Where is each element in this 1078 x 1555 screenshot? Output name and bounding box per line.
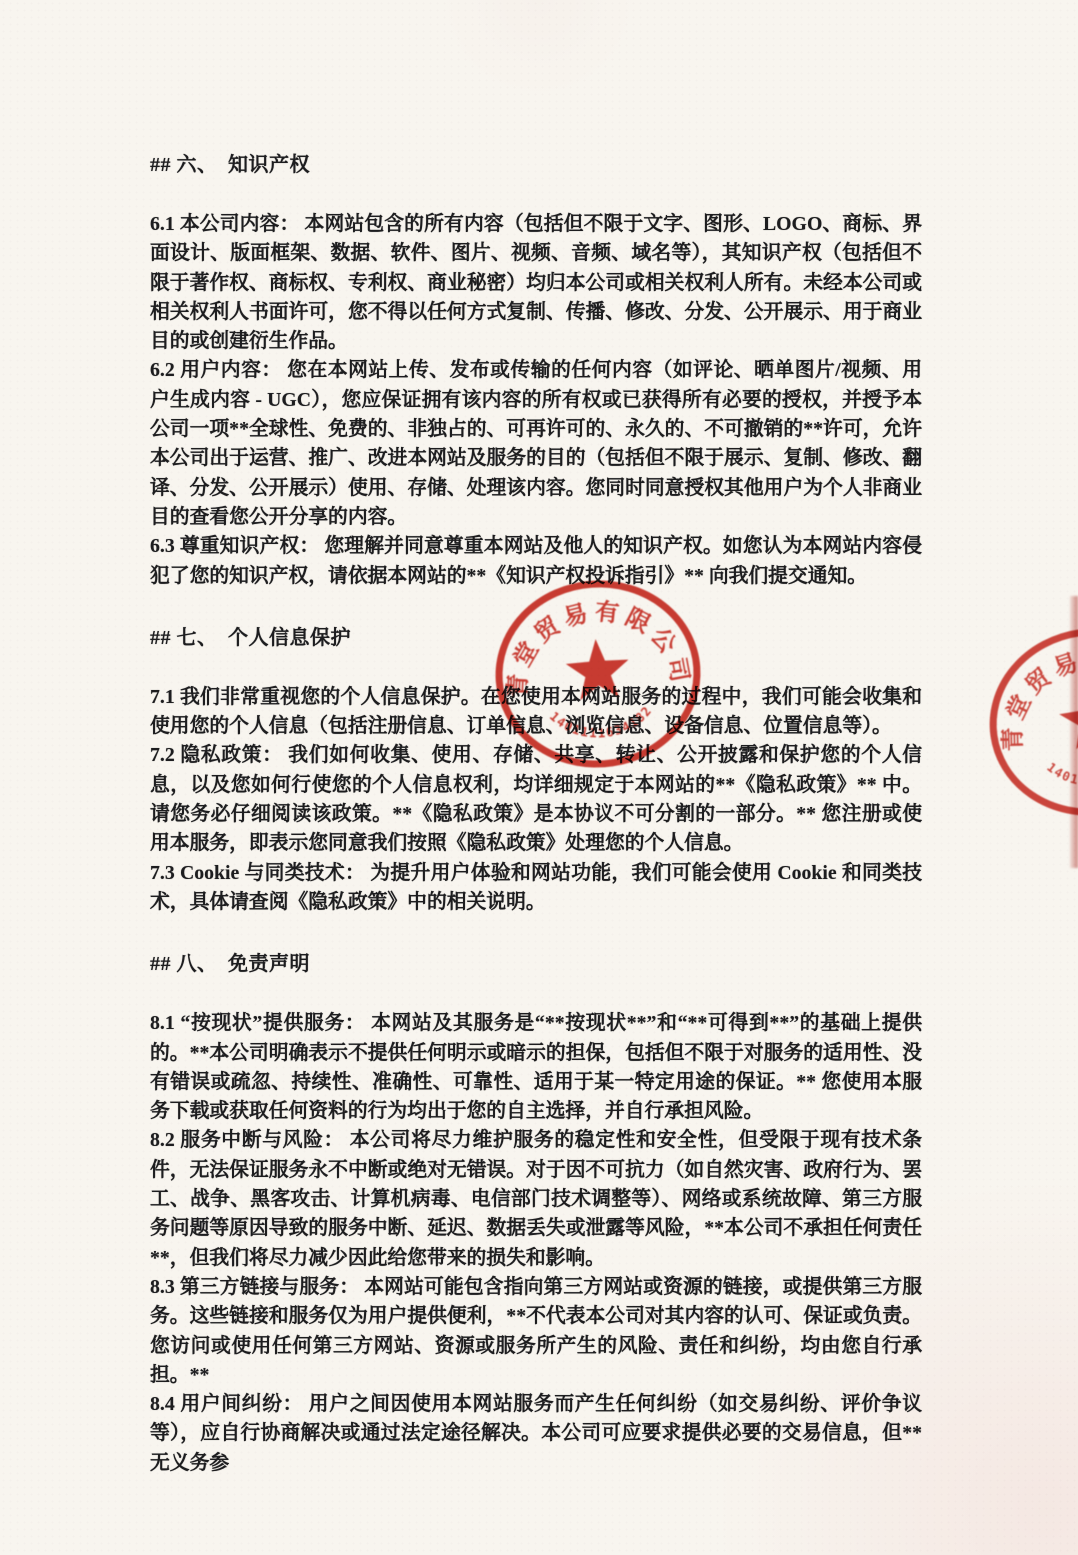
paragraph: 7.3 Cookie 与同类技术： 为提升用户体验和网站功能，我们可能会使用 C…	[150, 859, 922, 918]
section-disclaimer: ## 八、 免责声明 8.1 “按现状”提供服务： 本网站及其服务是“**按现状…	[150, 949, 922, 1478]
section-heading: ## 八、 免责声明	[150, 949, 922, 979]
paragraph: 6.2 用户内容： 您在本网站上传、发布或传输的任何内容（如评论、晒单图片/视频…	[150, 356, 922, 532]
paragraph: 8.1 “按现状”提供服务： 本网站及其服务是“**按现状**”和“**可得到*…	[150, 1009, 922, 1126]
paragraph: 6.3 尊重知识产权： 您理解并同意尊重本网站及他人的知识产权。如您认为本网站内…	[150, 532, 922, 591]
edge-seal-stamp: 青堂贸易有限公司 1401111634182	[973, 610, 1078, 834]
paragraph: 8.2 服务中断与风险： 本公司将尽力维护服务的稳定性和安全性，但受限于现有技术…	[150, 1126, 922, 1272]
document-body: ## 六、 知识产权 6.1 本公司内容： 本网站包含的所有内容（包括但不限于文…	[150, 150, 922, 1478]
paragraph: 8.3 第三方链接与服务： 本网站可能包含指向第三方网站或资源的链接，或提供第三…	[150, 1273, 922, 1390]
seal-star-icon	[1056, 683, 1078, 751]
section-personal-information: ## 七、 个人信息保护 7.1 我们非常重视您的个人信息保护。在您使用本网站服…	[150, 623, 922, 917]
section-intellectual-property: ## 六、 知识产权 6.1 本公司内容： 本网站包含的所有内容（包括但不限于文…	[150, 150, 922, 591]
paragraph: 6.1 本公司内容： 本网站包含的所有内容（包括但不限于文字、图形、LOGO、商…	[150, 210, 922, 356]
section-heading: ## 七、 个人信息保护	[150, 623, 922, 653]
paragraph: 7.1 我们非常重视您的个人信息保护。在您使用本网站服务的过程中，我们可能会收集…	[150, 683, 922, 742]
scan-edge-artifact	[1070, 596, 1078, 868]
section-heading: ## 六、 知识产权	[150, 150, 922, 180]
paragraph: 8.4 用户间纠纷： 用户之间因使用本网站服务而产生任何纠纷（如交易纠纷、评价争…	[150, 1390, 922, 1478]
edge-seal-graphic: 青堂贸易有限公司 1401111634182	[973, 610, 1078, 834]
paragraph: 7.2 隐私政策： 我们如何收集、使用、存储、共享、转让、公开披露和保护您的个人…	[150, 741, 922, 858]
seal-ring	[981, 619, 1078, 825]
svg-text:1401111634182: 1401111634182	[1043, 746, 1078, 795]
seal-company-text: 青堂贸易有限公司	[987, 633, 1078, 755]
seal-serial-number: 1401111634182	[1043, 746, 1078, 795]
svg-text:青堂贸易有限公司: 青堂贸易有限公司	[987, 633, 1078, 755]
scanned-document-page: ## 六、 知识产权 6.1 本公司内容： 本网站包含的所有内容（包括但不限于文…	[0, 0, 1078, 1555]
